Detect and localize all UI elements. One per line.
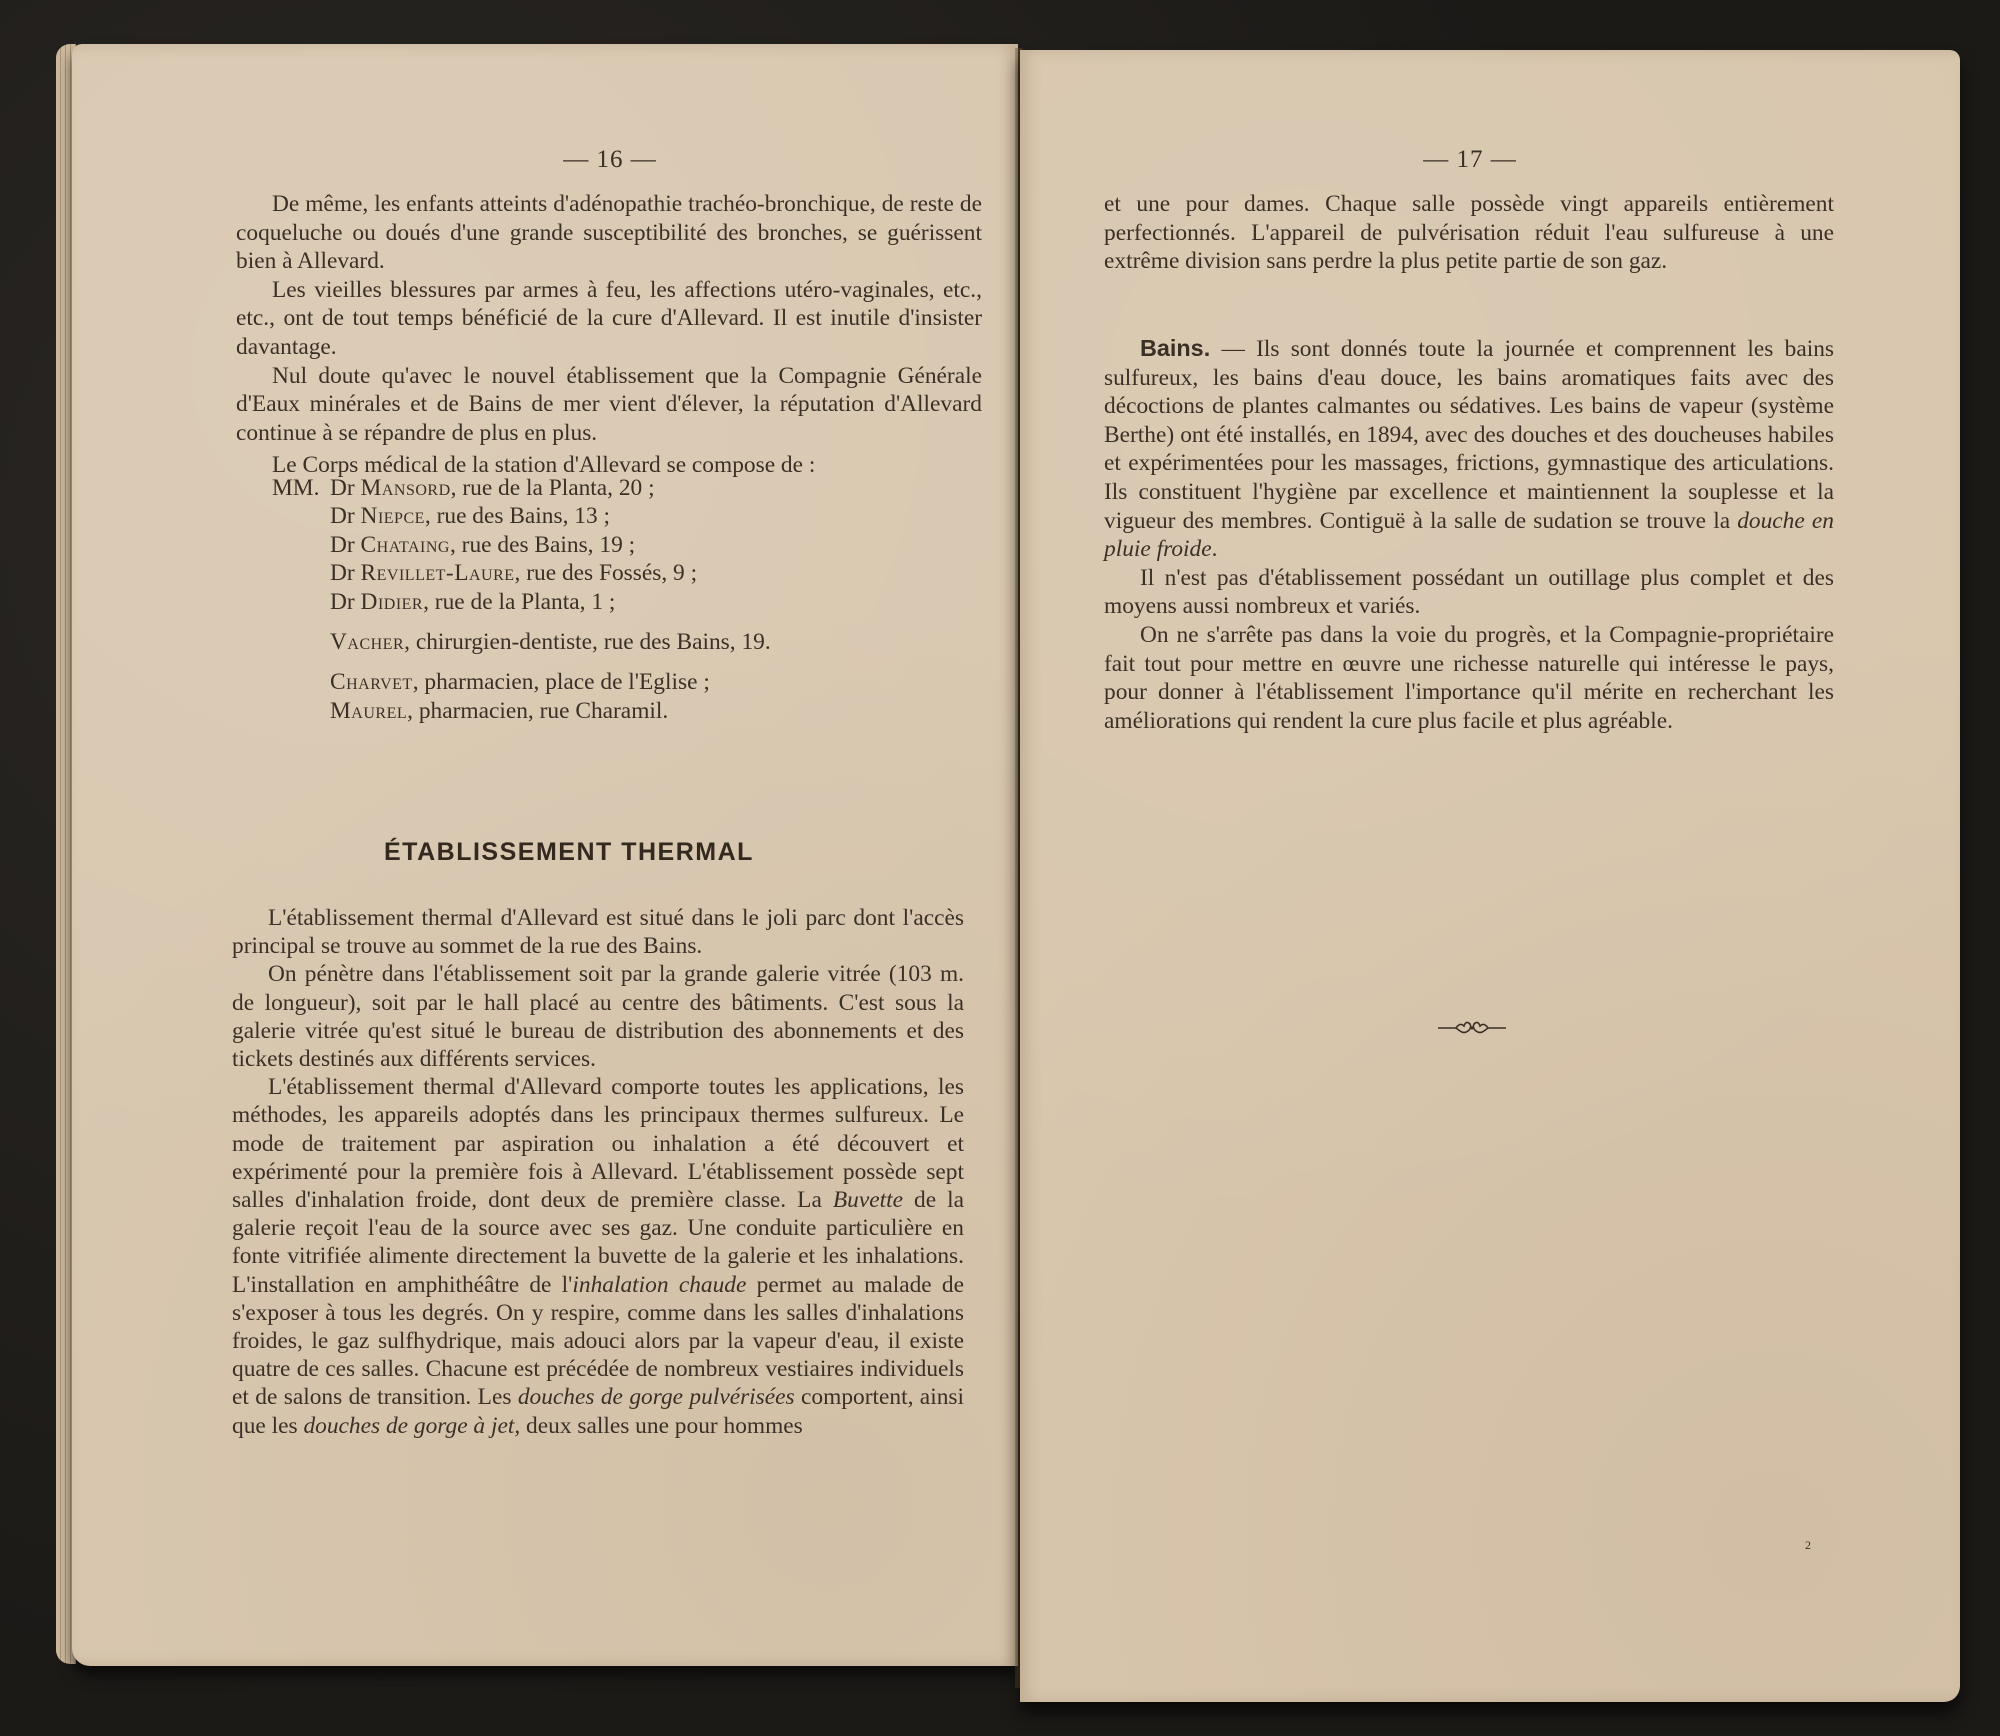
pharmacist-name: Charvet [330,669,413,695]
directory-row: Dr Chataing, rue des Bains, 19 ; [272,531,771,559]
right-page [1020,50,1960,1702]
paragraph: On ne s'arrête pas dans la voie du progr… [1104,621,1834,735]
paragraph: et une pour dames. Chaque salle possède … [1104,190,1834,276]
right-intro-text: et une pour dames. Chaque salle possède … [1104,190,1834,276]
directory-row: MM.Dr Mansord, rue de la Planta, 20 ; [272,474,771,502]
runin-heading: Bains. [1140,335,1210,361]
doctor-name: Niepce [361,503,425,529]
paragraph: Nul doute qu'avec le nouvel établissemen… [236,362,982,448]
paragraph: Bains. — Ils sont donnés toute la journé… [1104,334,1834,564]
directory-row: Dr Didier, rue de la Planta, 1 ; [272,588,771,616]
doctor-name: Didier [361,589,424,615]
dentist-name: Vacher [330,629,404,655]
bains-section: Bains. — Ils sont donnés toute la journé… [1104,334,1834,735]
paragraph: L'établissement thermal d'Allevard compo… [232,1073,964,1440]
doctor-title: Dr [330,475,355,501]
pharmacist-name: Maurel [330,698,407,724]
page-number-16: — 16 — [540,146,680,174]
paragraph: De même, les enfants atteints d'adénopat… [236,190,982,276]
directory-row: Dr Revillet-Laure, rue des Fossés, 9 ; [272,559,771,587]
doctor-name: Chataing [361,532,450,558]
directory-row-pharmacist: Maurel, pharmacien, rue Charamil. [272,697,771,725]
section-title: ÉTABLISSEMENT THERMAL [384,838,754,867]
directory-row: Dr Niepce, rue des Bains, 13 ; [272,502,771,530]
paragraph: Il n'est pas d'établissement possédant u… [1104,564,1834,621]
medical-directory: MM.Dr Mansord, rue de la Planta, 20 ; Dr… [272,474,771,725]
thermal-establishment-text: L'établissement thermal d'Allevard est s… [232,904,964,1440]
directory-row-pharmacist: Charvet, pharmacien, place de l'Eglise ; [272,668,771,696]
signature-mark: 2 [1805,1538,1811,1553]
fleuron-ornament-icon [1436,1018,1508,1043]
paragraph: Les vieilles blessures par armes à feu, … [236,276,982,362]
doctor-name: Revillet-Laure [361,560,515,586]
doctor-name: Mansord [361,475,451,501]
left-intro-text: De même, les enfants atteints d'adénopat… [236,190,982,480]
paragraph: L'établissement thermal d'Allevard est s… [232,904,964,960]
page-number-17: — 17 — [1400,146,1540,174]
paragraph: On pénètre dans l'établissement soit par… [232,960,964,1073]
directory-row-dentist: Vacher, chirurgien-dentiste, rue des Bai… [272,628,771,656]
